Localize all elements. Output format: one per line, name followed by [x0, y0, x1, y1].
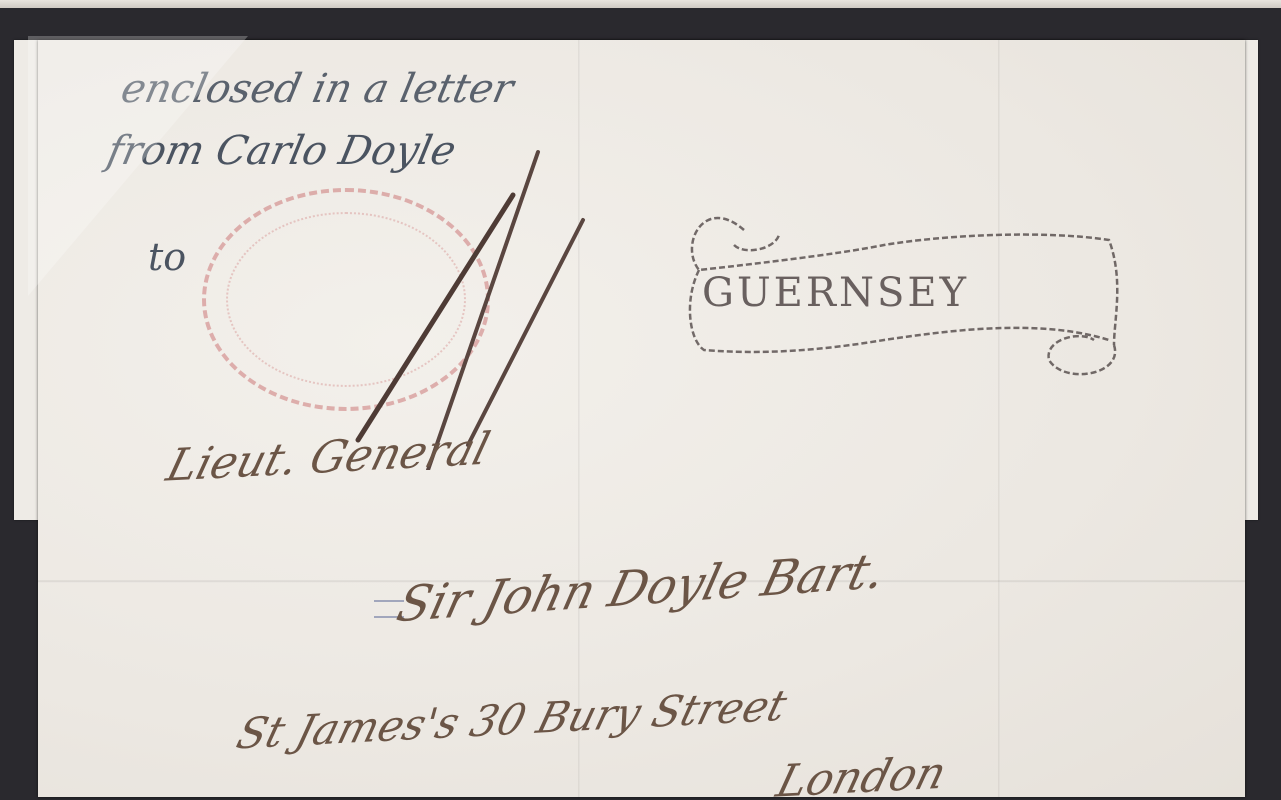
handstamp-text: GUERNSEY [702, 270, 969, 316]
guernsey-scroll-handstamp: GUERNSEY [684, 200, 1124, 380]
top-strip [0, 0, 1281, 8]
address-line-2: Sir John Doyle Bart. [391, 542, 891, 633]
address-line-1: Lieut. General [161, 423, 495, 492]
rate-marking-1-1 [338, 140, 598, 470]
address-line-3: St James's 30 Bury Street [232, 680, 792, 758]
address-line-4: London [771, 747, 952, 800]
mount-corner-sleeve [28, 36, 248, 296]
fold-line [998, 40, 1000, 797]
